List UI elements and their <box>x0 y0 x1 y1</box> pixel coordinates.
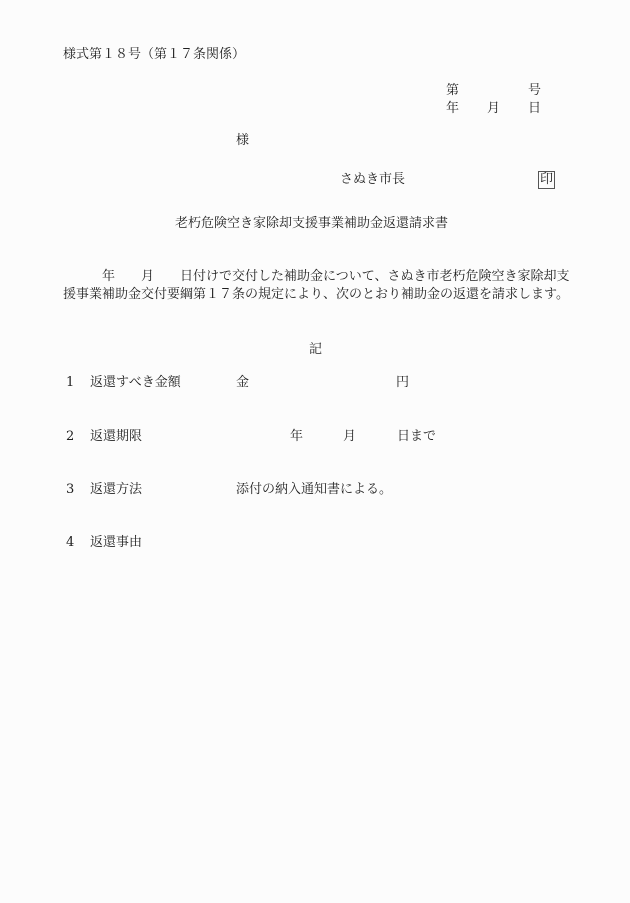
item-3-label: 返還方法 <box>90 483 142 496</box>
doc-number-suffix: 号 <box>528 84 541 97</box>
body-paragraph: 年月日付けで交付した補助金について、さぬき市老朽危険空き家除却支援事業補助金交付… <box>63 268 578 304</box>
date-year: 年 <box>446 102 459 115</box>
date-day: 日 <box>528 102 541 115</box>
document-title: 老朽危険空き家除却支援事業補助金返還請求書 <box>175 217 448 230</box>
item-3-value: 添付の納入通知書による。 <box>236 483 392 496</box>
item-2-number: 2 <box>66 430 74 443</box>
item-4-label: 返還事由 <box>90 536 142 549</box>
issuer-name: さぬき市長 <box>340 173 405 186</box>
item-1-value-suffix: 円 <box>396 376 409 389</box>
doc-number-prefix: 第 <box>446 84 459 97</box>
item-2-month: 月 <box>343 430 356 443</box>
form-number: 様式第１８号（第１７条関係） <box>63 48 245 61</box>
body-year: 年 <box>102 269 115 284</box>
addressee-suffix: 様 <box>236 134 249 147</box>
item-2-day-suffix: 日まで <box>397 430 436 443</box>
seal-box: 印 <box>538 171 555 189</box>
item-2-label: 返還期限 <box>90 430 142 443</box>
date-month: 月 <box>487 102 500 115</box>
body-month: 月 <box>141 269 154 284</box>
item-1-number: 1 <box>66 376 74 389</box>
item-4-number: 4 <box>66 536 74 549</box>
seal-mark: 印 <box>538 171 555 189</box>
body-text: 日付けで交付した補助金について、さぬき市老朽危険空き家除却支援事業補助金交付要綱… <box>63 269 570 302</box>
ki-heading: 記 <box>309 343 322 356</box>
item-1-value-prefix: 金 <box>236 376 249 389</box>
item-3-number: 3 <box>66 483 74 496</box>
item-2-year: 年 <box>290 430 303 443</box>
item-1-label: 返還すべき金額 <box>90 376 181 389</box>
